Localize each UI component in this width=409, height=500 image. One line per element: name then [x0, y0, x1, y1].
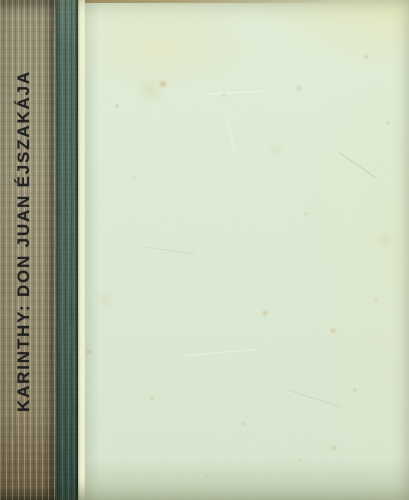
spine-hinge-band [56, 0, 78, 500]
book-spine: KARINTHY: DON JUAN ÉJSZAKÁJA [0, 0, 56, 500]
cover-edge-highlight [78, 0, 85, 500]
book-cover-photo: KARINTHY: DON JUAN ÉJSZAKÁJA [0, 0, 409, 500]
foxing-spots [85, 0, 409, 500]
hinge-cloth-texture [56, 0, 78, 500]
spine-title: KARINTHY: DON JUAN ÉJSZAKÁJA [12, 66, 36, 412]
front-cover [85, 0, 409, 500]
